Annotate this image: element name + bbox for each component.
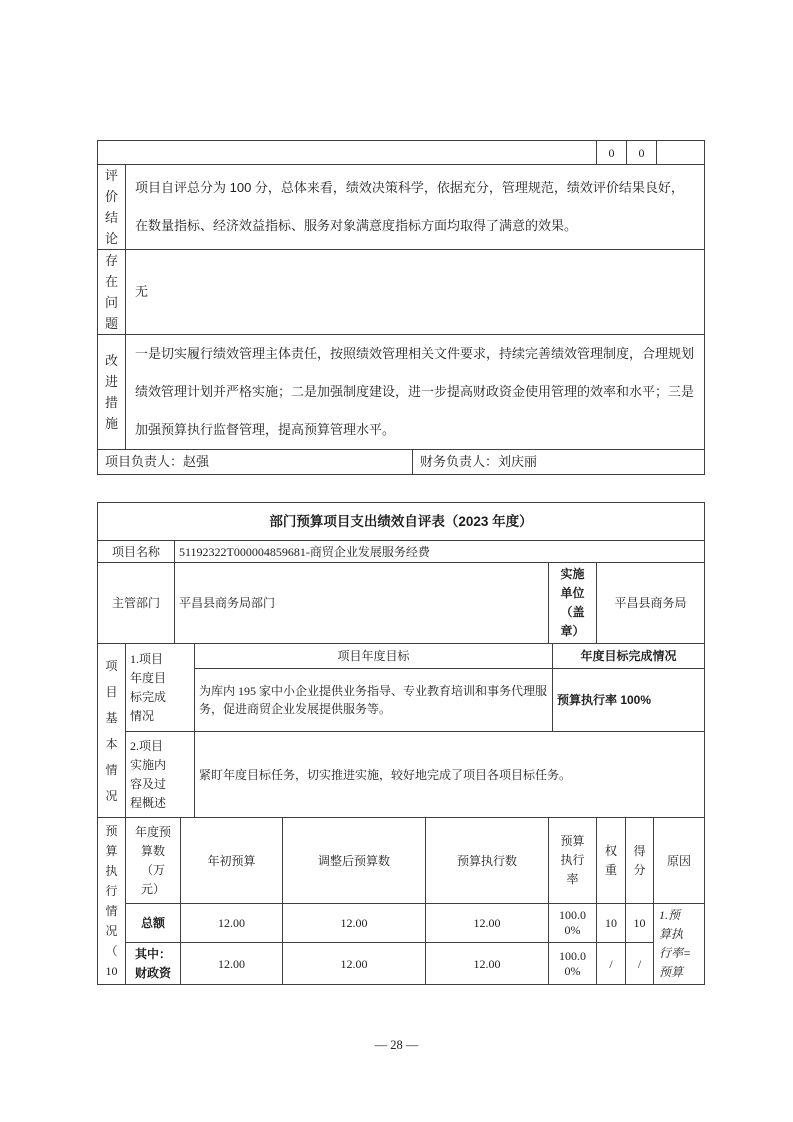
- total-label: 总额: [126, 904, 181, 943]
- fiscal-adjusted: 12.00: [283, 943, 426, 985]
- total-score: 10: [626, 904, 654, 943]
- implementing-unit-label: 实施 单位 （盖 章）: [549, 563, 597, 644]
- fiscal-label: 其中： 财政资: [126, 943, 181, 985]
- basic-info-label: 项 目 基 本 情 况: [98, 644, 126, 818]
- improvements-label: 改 进 措 施: [98, 335, 126, 450]
- carryover-score-row: 0 0: [98, 141, 705, 165]
- total-executed: 12.00: [426, 904, 549, 943]
- project-name-row: 项目名称 51192322T000004859681-商贸企业发展服务经费: [98, 541, 705, 563]
- problems-label: 存 在 问 题: [98, 250, 126, 335]
- total-initial: 12.00: [181, 904, 283, 943]
- implementation-text: 紧盯年度目标任务，切实推进实施，较好地完成了项目各项目标任务。: [195, 732, 705, 818]
- fiscal-weight: /: [597, 943, 626, 985]
- fiscal-rate: 100.0 0%: [549, 943, 597, 985]
- project-name-label: 项目名称: [98, 541, 175, 563]
- total-rate: 100.0 0%: [549, 904, 597, 943]
- annual-budget-header: 年度预 算数 （万 元）: [126, 818, 181, 904]
- implementation-sublabel: 2.项目 实施内 容及过 程概述: [126, 732, 195, 818]
- department-label: 主管部门: [98, 563, 175, 644]
- execution-rate-header: 预算 执行 率: [549, 818, 597, 904]
- implementing-unit-value: 平昌县商务局: [597, 563, 705, 644]
- department-row: 主管部门 平昌县商务局部门 实施 单位 （盖 章） 平昌县商务局: [98, 563, 705, 644]
- evaluation-summary-table: 0 0 评 价 结 论 项目自评总分为 100 分，总体来看，绩效决策科学，依据…: [97, 140, 705, 475]
- department-value: 平昌县商务局部门: [175, 563, 549, 644]
- reason-note: 1.预 算执 行率= 预算: [654, 904, 705, 985]
- conclusion-row: 评 价 结 论 项目自评总分为 100 分，总体来看，绩效决策科学，依据充分，管…: [98, 165, 705, 250]
- page-number: — 28 —: [0, 1038, 793, 1053]
- improvements-text: 一是切实履行绩效管理主体责任，按照绩效管理相关文件要求，持续完善绩效管理制度，合…: [126, 335, 705, 450]
- fiscal-executed: 12.00: [426, 943, 549, 985]
- carryover-score-cell: 0: [627, 141, 657, 165]
- carryover-weight-cell: 0: [597, 141, 627, 165]
- goal-completion-header: 年度目标完成情况: [553, 644, 705, 669]
- reason-header: 原因: [654, 818, 705, 904]
- annual-goal-header: 项目年度目标: [195, 644, 553, 669]
- goal-completion-value: 预算执行率 100%: [553, 669, 705, 732]
- table-title: 部门预算项目支出绩效自评表（2023 年度）: [98, 503, 705, 541]
- total-weight: 10: [597, 904, 626, 943]
- conclusion-text: 项目自评总分为 100 分，总体来看，绩效决策科学，依据充分，管理规范，绩效评价…: [126, 165, 705, 250]
- implementation-row: 2.项目 实施内 容及过 程概述 紧盯年度目标任务，切实推进实施，较好地完成了项…: [98, 732, 705, 818]
- adjusted-budget-header: 调整后预算数: [283, 818, 426, 904]
- score-header: 得 分: [626, 818, 654, 904]
- budget-execution-label: 预 算 执 行 情 况 （ 10: [98, 818, 126, 985]
- carryover-blank-cell: [98, 141, 597, 165]
- improvements-row: 改 进 措 施 一是切实履行绩效管理主体责任，按照绩效管理相关文件要求，持续完善…: [98, 335, 705, 450]
- executed-budget-header: 预算执行数: [426, 818, 549, 904]
- problems-text: 无: [126, 250, 705, 335]
- conclusion-label: 评 价 结 论: [98, 165, 126, 250]
- initial-budget-header: 年初预算: [181, 818, 283, 904]
- fiscal-score: /: [626, 943, 654, 985]
- budget-fiscal-row: 其中： 财政资 12.00 12.00 12.00 100.0 0% / /: [98, 943, 705, 985]
- carryover-blank-cell-right: [657, 141, 705, 165]
- annual-goal-header-row: 项 目 基 本 情 况 1.项目 年度目 标完成 情况 项目年度目标 年度目标完…: [98, 644, 705, 669]
- goal-completion-sublabel: 1.项目 年度目 标完成 情况: [126, 644, 195, 732]
- problems-row: 存 在 问 题 无: [98, 250, 705, 335]
- annual-goal-text: 为库内 195 家中小企业提供业务指导、专业教育培训和事务代理服务，促进商贸企业…: [195, 669, 553, 732]
- fiscal-initial: 12.00: [181, 943, 283, 985]
- table-title-row: 部门预算项目支出绩效自评表（2023 年度）: [98, 503, 705, 541]
- budget-self-evaluation-table: 部门预算项目支出绩效自评表（2023 年度） 项目名称 51192322T000…: [97, 502, 705, 985]
- weight-header: 权 重: [597, 818, 626, 904]
- responsible-row: 项目负责人：赵强 财务负责人：刘庆丽: [98, 450, 705, 475]
- finance-lead-cell: 财务负责人：刘庆丽: [413, 450, 705, 475]
- project-name-value: 51192322T000004859681-商贸企业发展服务经费: [175, 541, 705, 563]
- budget-total-row: 总额 12.00 12.00 12.00 100.0 0% 10 10 1.预 …: [98, 904, 705, 943]
- budget-header-row: 预 算 执 行 情 况 （ 10 年度预 算数 （万 元） 年初预算 调整后预算…: [98, 818, 705, 904]
- project-lead-cell: 项目负责人：赵强: [98, 450, 413, 475]
- total-adjusted: 12.00: [283, 904, 426, 943]
